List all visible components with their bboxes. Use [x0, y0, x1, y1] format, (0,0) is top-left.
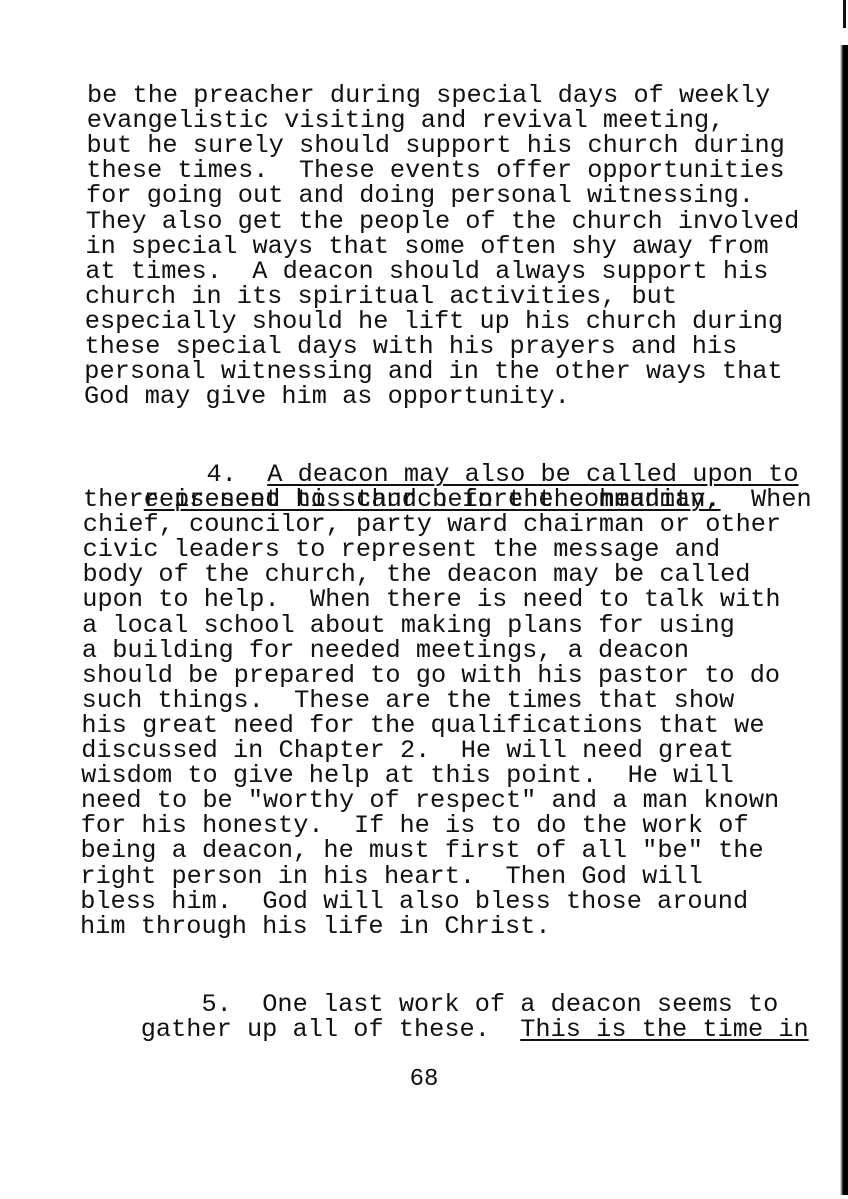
text-line: there is need to stand before the headma…: [83, 487, 721, 512]
text-line: these times. These events offer opportun…: [86, 158, 784, 183]
text-line: especially should he lift up his church …: [85, 309, 783, 334]
text-line: body of the church, the deacon may be ca…: [83, 562, 751, 587]
scan-binding-shadow: [840, 45, 848, 1195]
document-page: be the preacher during special days of w…: [0, 0, 848, 1199]
text-line: for going out and doing personal witness…: [86, 183, 754, 208]
text-line: personal witnessing and in the other way…: [84, 359, 782, 384]
text-line: need to be "worthy of respect" and a man…: [81, 788, 779, 813]
text-line: but he surely should support his church …: [87, 133, 785, 158]
text-line: being a deacon, he must first of all "be…: [81, 838, 764, 863]
text-line: should be prepared to go with his pastor…: [82, 663, 780, 688]
text-line: bless him. God will also bless those aro…: [80, 889, 748, 914]
text-line: a local school about making plans for us…: [82, 613, 735, 638]
text-line: at times. A deacon should always support…: [85, 259, 768, 284]
scan-binding-shadow-top: [843, 0, 846, 28]
text-line: his great need for the qualifications th…: [81, 713, 764, 738]
paragraph-5-line2-underlined: This is the time in: [520, 1015, 808, 1044]
text-line: civic leaders to represent the message a…: [83, 537, 721, 562]
text-line: chief, councilor, party ward chairman or…: [83, 512, 781, 537]
text-line: discussed in Chapter 2. He will need gre…: [81, 738, 734, 763]
text-line: be the preacher during special days of w…: [87, 83, 770, 108]
text-line: for his honesty. If he is to do the work…: [81, 813, 749, 838]
text-line: right person in his heart. Then God will: [80, 864, 702, 889]
text-line: church in its spiritual activities, but: [85, 284, 677, 309]
text-line: such things. These are the times that sh…: [82, 688, 735, 713]
text-line: him through his life in Christ.: [80, 914, 551, 939]
paragraph-5-line2-plain: gather up all of these.: [141, 1015, 521, 1044]
text-line: in special ways that some often shy away…: [86, 234, 769, 259]
text-line: They also get the people of the church i…: [86, 209, 800, 234]
text-line: wisdom to give help at this point. He wi…: [81, 763, 734, 788]
text-line: a building for needed meetings, a deacon: [82, 638, 689, 663]
text-line: God may give him as opportunity.: [84, 384, 570, 409]
paragraph-5-second-line: gather up all of these. This is the time…: [80, 992, 809, 1067]
text-line: evangelistic visiting and revival meetin…: [87, 108, 725, 133]
text-line: these special days with his prayers and …: [85, 334, 738, 359]
page-number: 68: [0, 1066, 848, 1093]
text-line: upon to help. When there is need to talk…: [82, 587, 780, 612]
